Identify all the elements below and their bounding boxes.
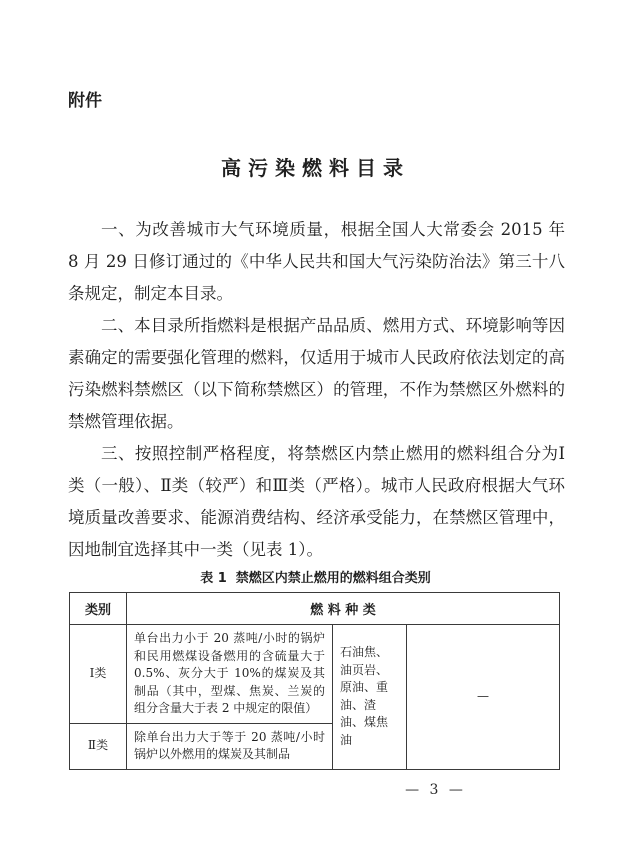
header-category: 类别 — [70, 593, 127, 625]
page-title: 高污染燃料目录 — [0, 152, 631, 181]
table-header-row: 类别 燃 料 种 类 — [70, 593, 560, 625]
category-cell-2: Ⅱ类 — [70, 723, 127, 769]
oil-types-merged-cell: 石油焦、油页岩、原油、重油、渣油、煤焦油 — [333, 625, 407, 770]
category-cell-1: Ⅰ类 — [70, 625, 127, 724]
coal-description-cell-2: 除单台出力大于等于 20 蒸吨/小时锅炉以外燃用的煤炭及其制品 — [127, 723, 333, 769]
coal-description-cell-1: 单台出力小于 20 蒸吨/小时的锅炉和民用燃煤设备燃用的含硫量大于 0.5%、灰… — [127, 625, 333, 724]
other-merged-cell: — — [407, 625, 560, 770]
paragraph-1: 一、为改善城市大气环境质量，根据全国人大常委会 2015 年 8 月 29 日修… — [68, 214, 565, 310]
table-caption: 表 1 禁燃区内禁止燃用的燃料组合类别 — [0, 567, 631, 586]
header-fuel-types: 燃 料 种 类 — [127, 593, 560, 625]
table-row-class-1: Ⅰ类 单台出力小于 20 蒸吨/小时的锅炉和民用燃煤设备燃用的含硫量大于 0.5… — [70, 625, 560, 724]
paragraph-2: 二、本目录所指燃料是根据产品品质、燃用方式、环境影响等因素确定的需要强化管理的燃… — [68, 310, 565, 438]
fuel-category-table: 类别 燃 料 种 类 Ⅰ类 单台出力小于 20 蒸吨/小时的锅炉和民用燃煤设备燃… — [69, 592, 560, 770]
document-body: 一、为改善城市大气环境质量，根据全国人大常委会 2015 年 8 月 29 日修… — [68, 214, 565, 566]
page-number: — 3 — — [0, 782, 631, 798]
document-page: 附件 高污染燃料目录 一、为改善城市大气环境质量，根据全国人大常委会 2015 … — [0, 0, 631, 867]
attachment-label: 附件 — [68, 86, 102, 111]
paragraph-3: 三、按照控制严格程度，将禁燃区内禁止燃用的燃料组合分为Ⅰ类（一般）、Ⅱ类（较严）… — [68, 438, 565, 566]
